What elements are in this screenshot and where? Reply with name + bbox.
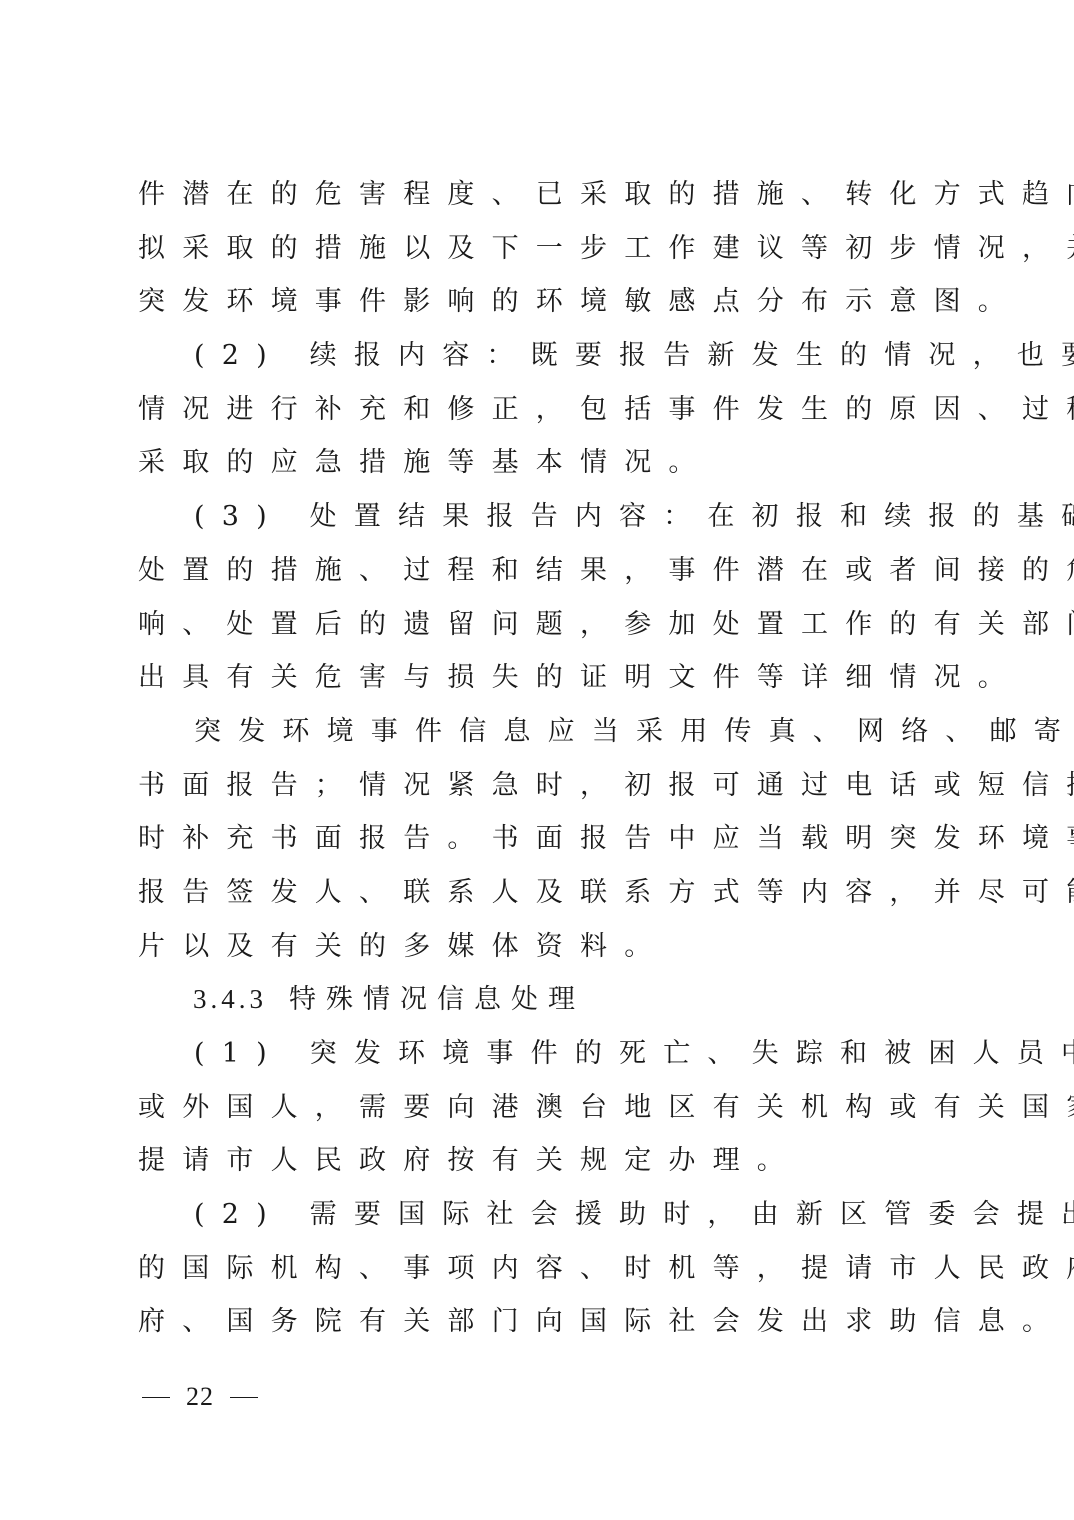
- paragraph-result-report: (3) 处置结果报告内容：在初报和续报的基础上，报告事件 处置的措施、过程和结果…: [138, 490, 938, 705]
- text-line: (3) 处置结果报告内容：在初报和续报的基础上，报告事件: [138, 490, 938, 544]
- text-line: (2) 续报内容：既要报告新发生的情况，也要对初次报告的: [138, 329, 938, 383]
- text-line: (2) 需要国际社会援助时，由新区管委会提出需要得到援助: [138, 1188, 938, 1242]
- section-number: 3.4.3: [193, 984, 267, 1014]
- page-number-value: 22: [186, 1382, 214, 1412]
- paragraph-foreign-personnel: (1) 突发环境事件的死亡、失踪和被困人员中有港澳台人员 或外国人，需要向港澳台…: [138, 1027, 938, 1188]
- section-title: 特殊情况信息处理: [289, 984, 585, 1015]
- page-number-right-dash: [230, 1397, 258, 1398]
- text-line: 突发环境事件信息应当采用传真、网络、邮寄和面呈等方式: [138, 705, 938, 759]
- document-page: 件潜在的危害程度、已采取的措施、转化方式趋向等初步情况， 拟采取的措施以及下一步…: [138, 168, 938, 1349]
- text-line: (1) 突发环境事件的死亡、失踪和被困人员中有港澳台人员: [138, 1027, 938, 1081]
- text-line: 出具有关危害与损失的证明文件等详细情况。: [138, 651, 938, 705]
- text-line: 的国际机构、事项内容、时机等，提请市人民政府、省人民政: [138, 1242, 938, 1296]
- text-line: 府、国务院有关部门向国际社会发出求助信息。: [138, 1295, 938, 1349]
- paragraph-reporting-methods: 突发环境事件信息应当采用传真、网络、邮寄和面呈等方式 书面报告；情况紧急时，初报…: [138, 705, 938, 973]
- text-line: 突发环境事件影响的环境敏感点分布示意图。: [138, 275, 938, 329]
- text-line: 时补充书面报告。书面报告中应当载明突发环境事件报告单位、: [138, 812, 938, 866]
- text-line: 片以及有关的多媒体资料。: [138, 920, 938, 974]
- page-number-left-dash: [142, 1397, 170, 1398]
- text-line: 报告签发人、联系人及联系方式等内容，并尽可能提供地图、图: [138, 866, 938, 920]
- text-line: 采取的应急措施等基本情况。: [138, 436, 938, 490]
- text-line: 响、处置后的遗留问题，参加处置工作的有关部门和工作内容，: [138, 598, 938, 652]
- paragraph-follow-up-report: (2) 续报内容：既要报告新发生的情况，也要对初次报告的 情况进行补充和修正，包…: [138, 329, 938, 490]
- paragraph-incident-details-continuation: 件潜在的危害程度、已采取的措施、转化方式趋向等初步情况， 拟采取的措施以及下一步…: [138, 168, 938, 329]
- paragraph-international-assistance: (2) 需要国际社会援助时，由新区管委会提出需要得到援助 的国际机构、事项内容、…: [138, 1188, 938, 1349]
- text-line: 情况进行补充和修正，包括事件发生的原因、过程、进展情况及: [138, 383, 938, 437]
- text-line: 拟采取的措施以及下一步工作建议等初步情况，并提供可能受到: [138, 222, 938, 276]
- page-number: 22: [142, 1382, 258, 1412]
- text-line: 提请市人民政府按有关规定办理。: [138, 1134, 938, 1188]
- text-line: 或外国人，需要向港澳台地区有关机构或有关国家进行通报时，: [138, 1081, 938, 1135]
- text-line: 书面报告；情况紧急时，初报可通过电话或短信报告，但应当及: [138, 759, 938, 813]
- text-line: 件潜在的危害程度、已采取的措施、转化方式趋向等初步情况，: [138, 168, 938, 222]
- text-line: 处置的措施、过程和结果，事件潜在或者间接的危害、社会影: [138, 544, 938, 598]
- section-heading: 3.4.3特殊情况信息处理: [138, 973, 938, 1027]
